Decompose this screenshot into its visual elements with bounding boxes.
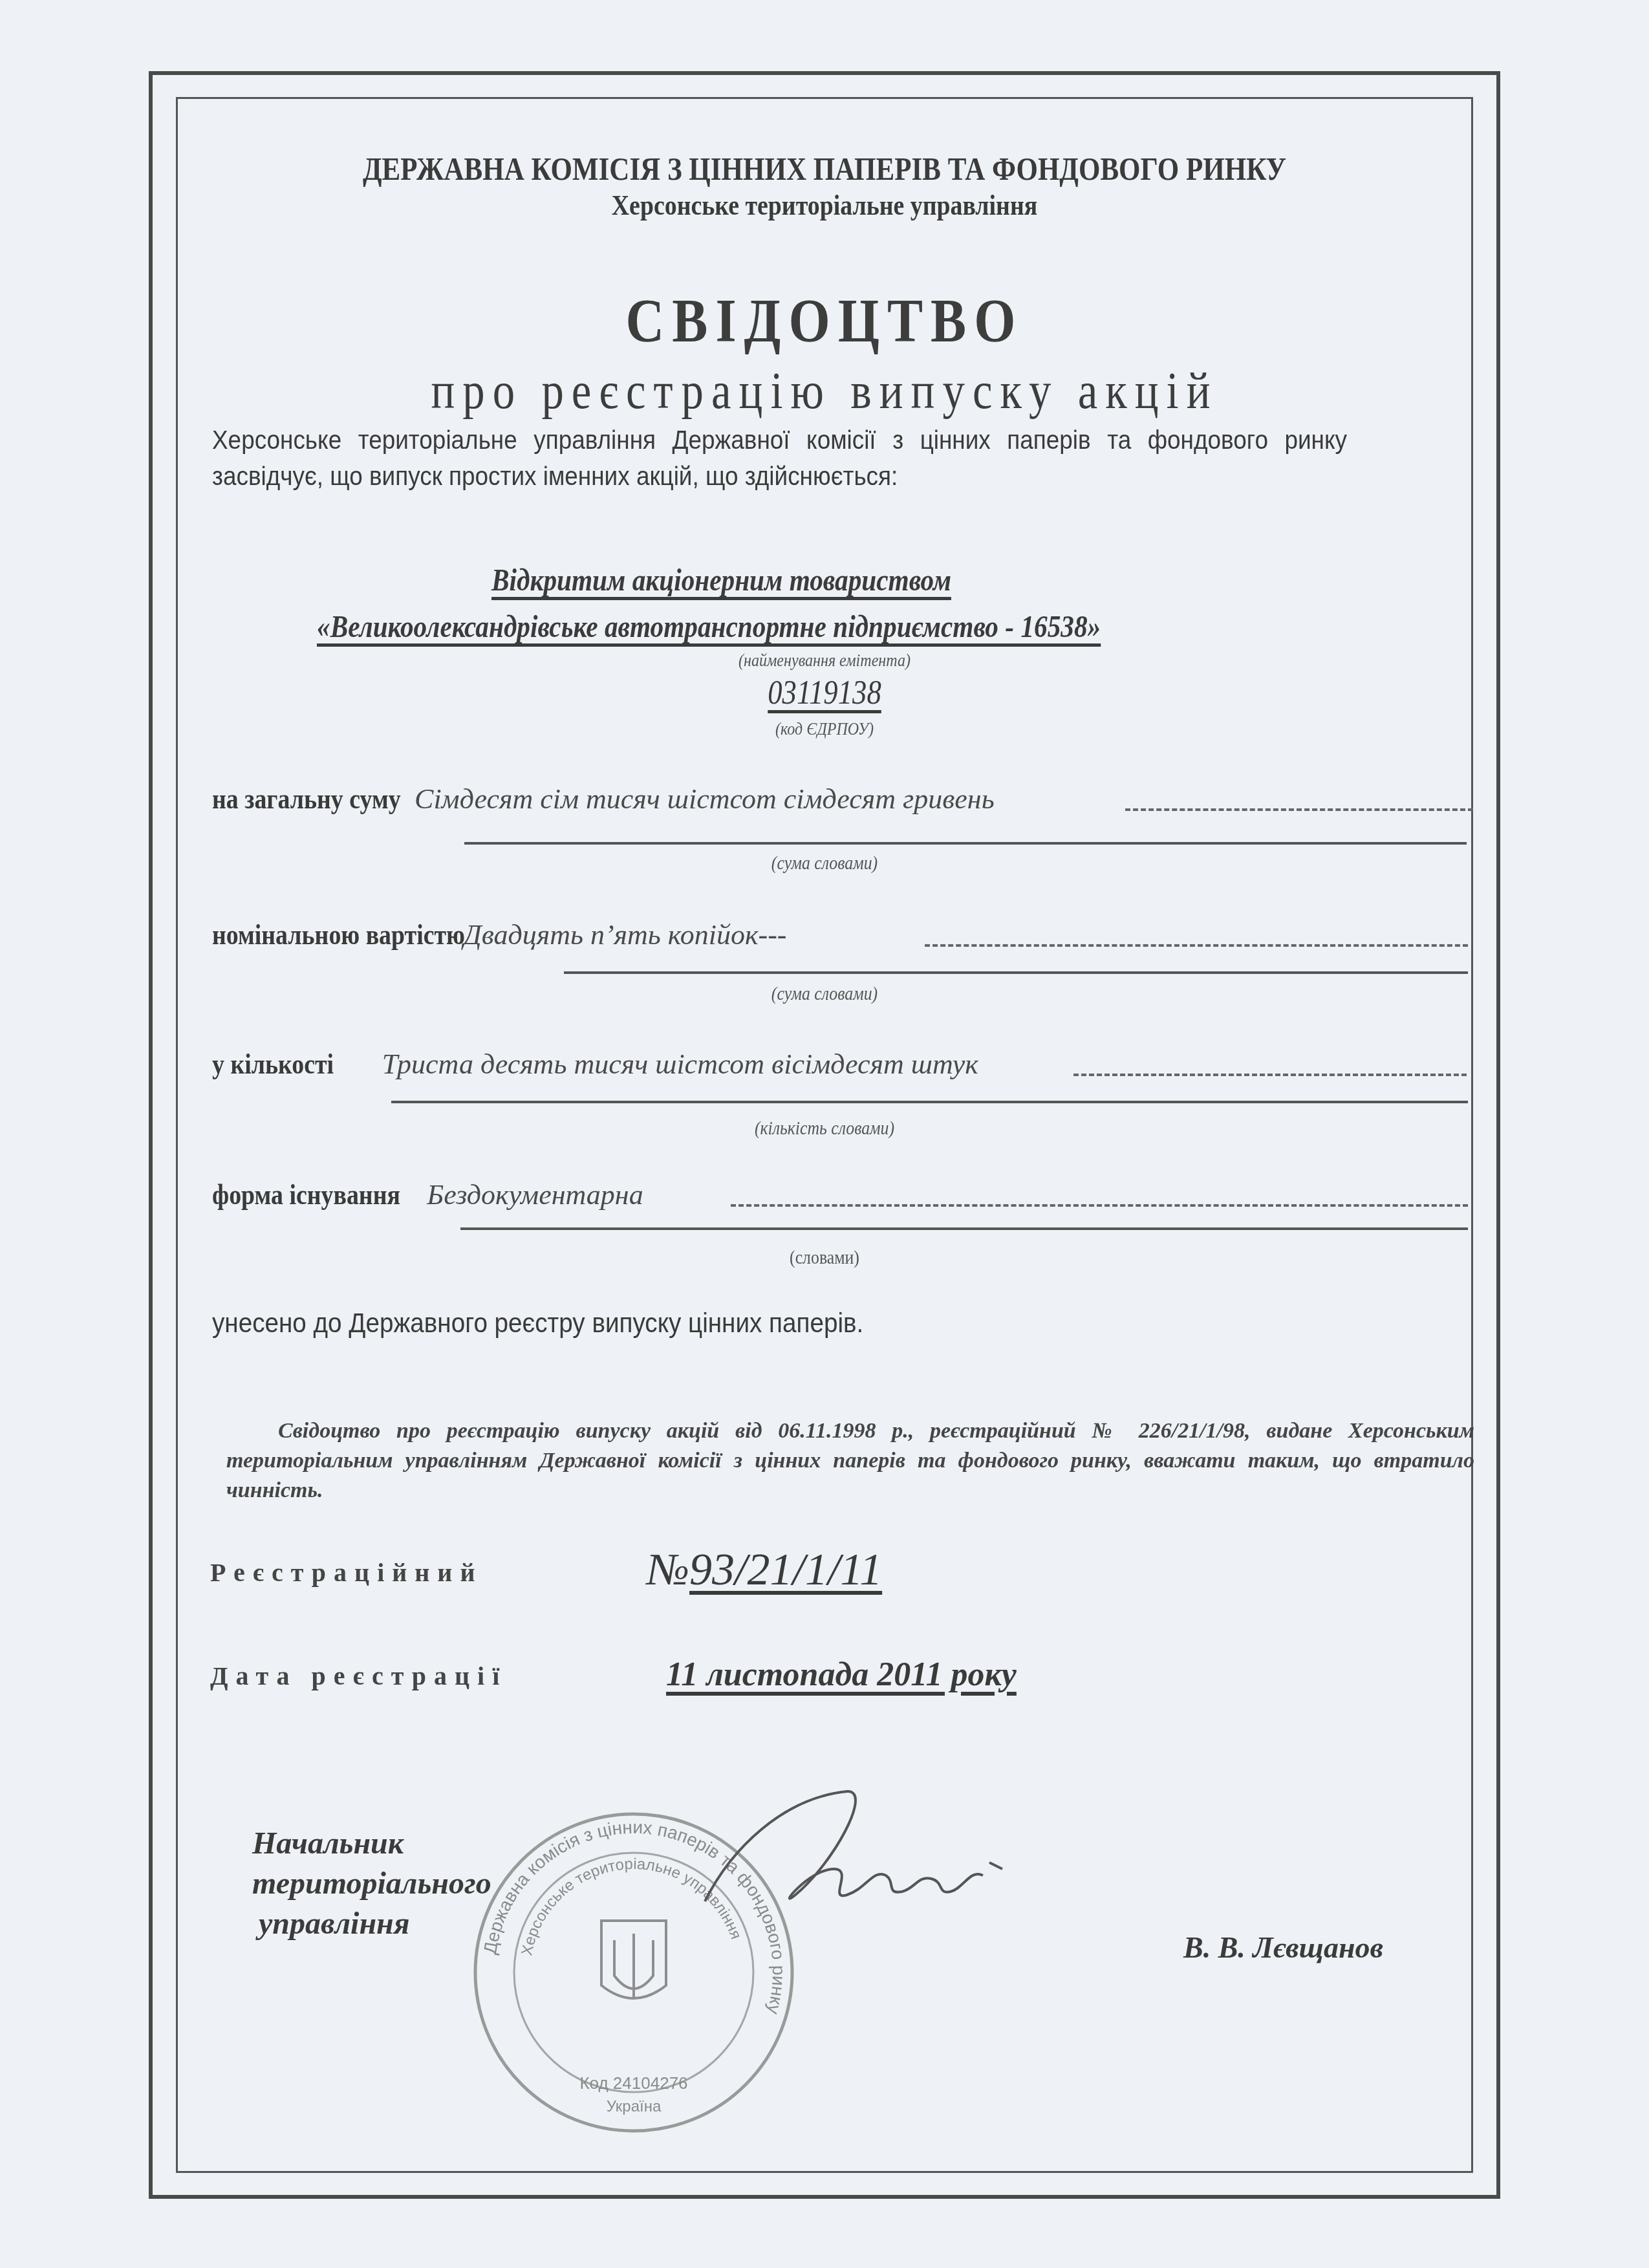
field-label: номінальною вартістю: [212, 918, 465, 951]
issuer-caption: (найменування емітента): [116, 651, 1534, 671]
handwritten-signature: [679, 1772, 1041, 1940]
registration-date: 11 листопада 2011 року: [666, 1656, 1017, 1694]
field-value: Бездокументарна: [427, 1179, 643, 1211]
signer-name: В. В. Лєвщанов: [1183, 1930, 1383, 1965]
certificate-title: СВІДОЦТВО: [116, 285, 1534, 356]
registration-number-label: Реєстраційний: [210, 1557, 482, 1588]
signatory-title: Начальник територіального управління: [252, 1824, 491, 1944]
registration-number: №93/21/1/11: [647, 1544, 882, 1596]
underline: [564, 971, 1468, 974]
registration-number-value: 93/21/1/11: [689, 1545, 882, 1595]
trident-icon: [601, 1921, 666, 1998]
field-value: Триста десять тисяч шістсот вісімдесят ш…: [382, 1048, 978, 1080]
underline: [464, 842, 1467, 845]
registration-date-label: Дата реєстрації: [210, 1661, 507, 1691]
signatory-title-line: Начальник: [252, 1824, 491, 1864]
dash-fill: [1125, 808, 1473, 811]
underline: [391, 1101, 1468, 1103]
field-caption: (кількість словами): [116, 1118, 1534, 1139]
signatory-title-line: управління: [252, 1904, 491, 1944]
revocation-note: Свідоцтво про реєстрацію випуску акцій в…: [226, 1416, 1474, 1506]
field-value: Двадцять п’ять копійок---: [464, 919, 787, 951]
edrpou-caption: (код ЄДРПОУ): [116, 719, 1534, 740]
field-label: у кількості: [212, 1048, 334, 1081]
certificate-subtitle: про реєстрацію випуску акцій: [116, 362, 1534, 421]
field-caption: (сума словами): [116, 983, 1534, 1005]
agency-name: ДЕРЖАВНА КОМІСІЯ З ЦІННИХ ПАПЕРІВ ТА ФОН…: [116, 150, 1534, 188]
field-value: Сімдесят сім тисяч шістсот сімдесят грив…: [415, 783, 995, 815]
department-name: Херсонське територіальне управління: [116, 189, 1534, 222]
issuer-line-2: «Великоолександрівське автотранспортне п…: [317, 609, 1101, 645]
stamp-country: Україна: [607, 2098, 662, 2115]
dash-fill: [1073, 1074, 1467, 1076]
dash-fill: [731, 1204, 1468, 1207]
signatory-title-line: територіального: [252, 1864, 491, 1904]
field-label: форма існування: [212, 1178, 400, 1211]
edrpou-code: 03119138: [116, 674, 1534, 712]
issuer-line-1: Відкритим акціонерним товариством: [491, 563, 951, 598]
field-label: на загальну суму: [212, 783, 401, 815]
dash-fill: [925, 944, 1468, 947]
stamp-code: Код 24104276: [579, 2073, 687, 2093]
number-sign: №: [647, 1545, 689, 1595]
field-caption: (сума словами): [116, 852, 1534, 874]
intro-paragraph: Херсонське територіальне управління Держ…: [212, 422, 1347, 494]
underline: [460, 1227, 1468, 1230]
field-caption: (словами): [116, 1247, 1534, 1269]
entered-statement: унесено до Державного реєстру випуску ці…: [212, 1308, 863, 1339]
